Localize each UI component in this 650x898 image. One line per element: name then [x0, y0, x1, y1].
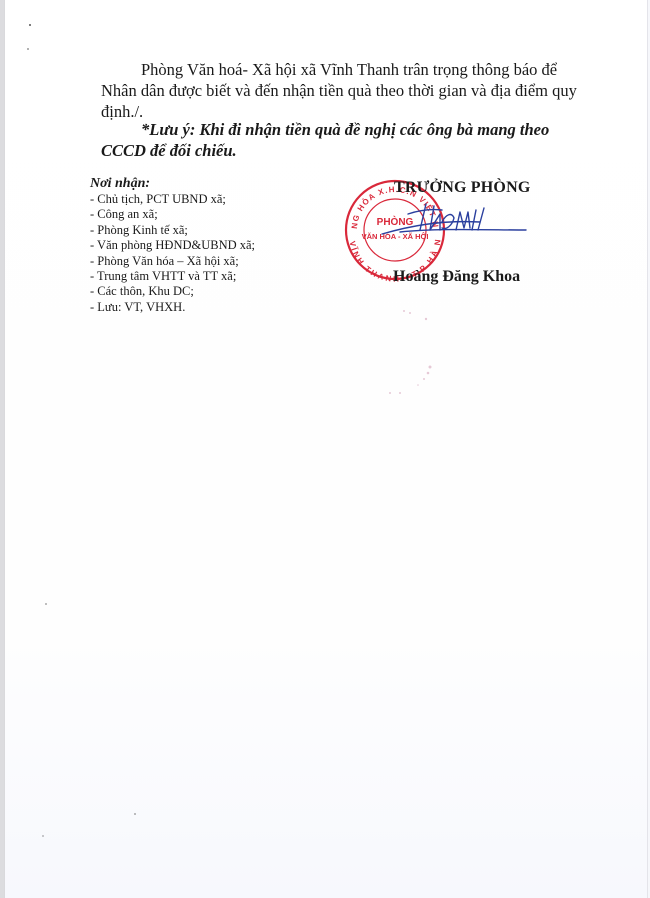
handwritten-signature: [380, 200, 530, 245]
recipients-list: - Chủ tịch, PCT UBND xã; - Công an xã; -…: [90, 192, 330, 315]
notice-paragraph: Phòng Văn hoá- Xã hội xã Vĩnh Thanh trân…: [101, 59, 593, 122]
scan-speck: [27, 48, 29, 50]
note-paragraph: *Lưu ý: Khi đi nhận tiền quà đề nghị các…: [101, 119, 593, 161]
recipient-item: - Các thôn, Khu DC;: [90, 284, 330, 299]
document-page: Phòng Văn hoá- Xã hội xã Vĩnh Thanh trân…: [4, 0, 648, 898]
recipients-heading: Nơi nhận:: [90, 176, 330, 192]
scan-speck: [29, 24, 31, 26]
faint-stamp-bleed: [360, 305, 490, 395]
recipient-item: - Văn phòng HĐND&UBND xã;: [90, 238, 330, 253]
recipient-item: - Trung tâm VHTT và TT xã;: [90, 269, 330, 284]
recipients-block: Nơi nhận: - Chủ tịch, PCT UBND xã; - Côn…: [90, 176, 330, 315]
recipient-item: - Lưu: VT, VHXH.: [90, 300, 330, 315]
signer-name: Hoàng Đăng Khoa: [393, 268, 520, 286]
scan-speck: [45, 603, 47, 605]
recipient-item: - Chủ tịch, PCT UBND xã;: [90, 192, 330, 207]
signer-title: TRƯỞNG PHÒNG: [394, 179, 530, 197]
scan-speck: [134, 813, 136, 815]
recipient-item: - Phòng Văn hóa – Xã hội xã;: [90, 254, 330, 269]
scan-speck: [42, 835, 44, 837]
recipient-item: - Công an xã;: [90, 207, 330, 222]
recipient-item: - Phòng Kinh tế xã;: [90, 223, 330, 238]
